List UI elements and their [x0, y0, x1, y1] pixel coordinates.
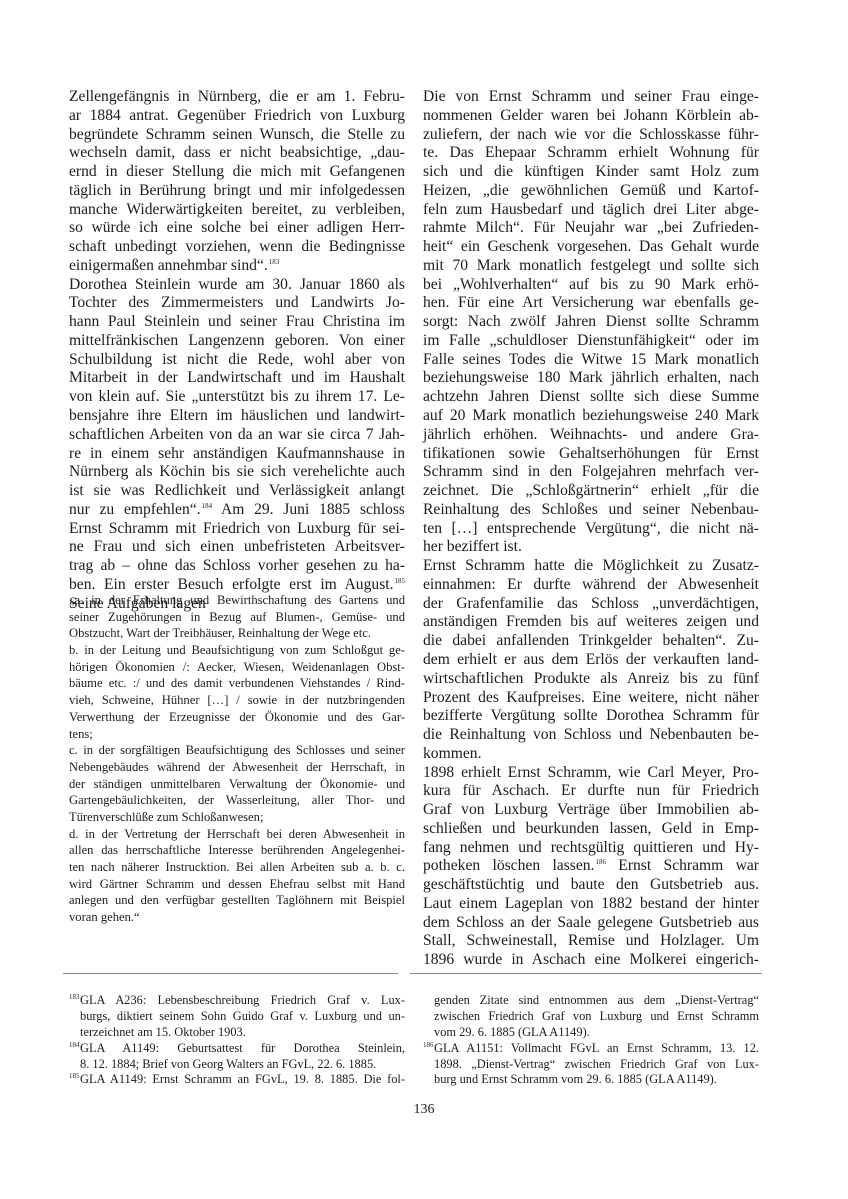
text-line: achtzehn Jahren Dienst sollte sich diese… — [423, 388, 759, 407]
paragraph-extra-income: Ernst Schramm hatte die Möglichkeit zu Z… — [423, 557, 759, 763]
text-fragment: ben. Ein erster Besuch erfolgte erst im … — [69, 576, 394, 593]
text-line: beziehungsweise 180 Mark jährlich erhalt… — [423, 369, 759, 388]
footnote-line: vom 29. 6. 1885 (GLA A1149). — [423, 1025, 759, 1041]
text-line: 1898 erhielt Ernst Schramm, wie Carl Mey… — [423, 764, 759, 783]
quote-line: seiner Zugehörungen in Bezug auf Blumen-… — [69, 609, 405, 626]
text-line: 1896 wurde in Aschach eine Molkerei eing… — [423, 951, 759, 970]
footnote-reference[interactable]: 186 — [595, 858, 606, 866]
text-line: ar 1884 antrat. Gegenüber Friedrich von … — [69, 107, 405, 126]
text-fragment: potheken löschen lassen. — [423, 857, 594, 874]
footnote-line: zwischen Friedrich Graf von Luxburg und … — [423, 1009, 759, 1025]
footnote-line: 186GLA A1151: Vollmacht FGvL an Ernst Sc… — [423, 1041, 759, 1057]
footnote-reference[interactable]: 185 — [395, 577, 406, 585]
footnote-divider-right — [410, 973, 762, 974]
quote-line: allen das herrschaftliche Interesse berü… — [69, 842, 405, 859]
text-line: bensjahre ihre Eltern im häuslichen und … — [69, 407, 405, 426]
text-line: Falle seines Todes die Witwe 15 Mark mon… — [423, 351, 759, 370]
footnote-line: 8. 12. 1884; Brief von Georg Walters an … — [69, 1057, 405, 1073]
quote-line: Nebengebäudes während der Abwesenheit de… — [69, 759, 405, 776]
text-line: Dorothea Steinlein wurde am 30. Januar 1… — [69, 276, 405, 295]
text-line: die dabei anfallenden Trinkgelder behalt… — [423, 632, 759, 651]
footnotes-left: 183GLA A236: Lebensbeschreibung Friedric… — [69, 993, 405, 1088]
text-line: Prozent des Kaufpreises. Eine weitere, n… — [423, 689, 759, 708]
text-line: Ernst Schramm hatte die Möglichkeit zu Z… — [423, 557, 759, 576]
text-line: Zellengefängnis in Nürnberg, die er am 1… — [69, 88, 405, 107]
right-column: Die von Ernst Schramm und seiner Frau ei… — [423, 88, 759, 970]
footnote-reference[interactable]: 184 — [202, 502, 213, 510]
text-line: her beziffert ist. — [423, 538, 759, 557]
quote-line: voran gehen.“ — [69, 909, 405, 926]
text-line: ten […] entsprechende Vergütung“, die ni… — [423, 520, 759, 539]
text-line: potheken löschen lassen.186 Ernst Schram… — [423, 857, 759, 876]
quote-line: Verwerthung der Erzeugnisse der Ökonomie… — [69, 709, 405, 726]
footnote-183: 183GLA A236: Lebensbeschreibung Friedric… — [69, 993, 405, 1041]
quote-line: der ständigen unmittelbaren Verwaltung d… — [69, 776, 405, 793]
footnote-line: genden Zitate sind entnommen aus dem „Di… — [423, 993, 759, 1009]
text-line: ist sie was Redlichkeit und Verlässigkei… — [69, 482, 405, 501]
text-line: rahmte Milch“. Für Neujahr war „bei Zufr… — [423, 219, 759, 238]
footnote-186: 186GLA A1151: Vollmacht FGvL an Ernst Sc… — [423, 1041, 759, 1089]
text-line: Schramm sind in den Folgejahren mehrfach… — [423, 463, 759, 482]
quote-line: hörigen Ökonomien /: Aecker, Wiesen, Wei… — [69, 659, 405, 676]
text-line: so würde ich eine solche bei einer adlig… — [69, 219, 405, 238]
footnote-reference[interactable]: 183 — [269, 258, 280, 266]
text-line: die Reinhaltung von Schloss und Nebenbau… — [423, 726, 759, 745]
text-line: ernd in dieser Stellung die mich mit Gef… — [69, 163, 405, 182]
paragraph-dorothea-steinlein: Dorothea Steinlein wurde am 30. Januar 1… — [69, 276, 405, 614]
text-line: feln zum Hausbedarf und täglich drei Lit… — [423, 201, 759, 220]
text-fragment: GLA A236: Lebensbeschreibung Friedrich G… — [80, 993, 405, 1007]
text-line: Stall, Schweinestall, Remise und Holzlag… — [423, 932, 759, 951]
text-line: zuliefern, der nach wie vor die Schlossk… — [423, 126, 759, 145]
quote-line: Gartengebäulichkeiten, der Wasserleitung… — [69, 792, 405, 809]
text-line: Tochter des Zimmermeisters und Landwirts… — [69, 294, 405, 313]
text-line: täglich in Berührung bringt und mir info… — [69, 182, 405, 201]
text-line: schaftlichen Arbeiten von da an war sie … — [69, 426, 405, 445]
text-line: Heizen, „die gewöhnlichen Gemüß und Kart… — [423, 182, 759, 201]
page-number: 136 — [0, 1102, 848, 1118]
text-line: mittelfränkischen Langenzenn geboren. Vo… — [69, 332, 405, 351]
footnote-line: terzeichnet am 15. Oktober 1903. — [69, 1025, 405, 1041]
text-line: Laut einem Lageplan von 1882 bestand der… — [423, 895, 759, 914]
text-line: schaft unbedingt vorziehen, wenn die Bed… — [69, 238, 405, 257]
paragraph-salary: Die von Ernst Schramm und seiner Frau ei… — [423, 88, 759, 557]
text-line: hann Paul Steinlein und seiner Frau Chri… — [69, 313, 405, 332]
footnote-line: 183GLA A236: Lebensbeschreibung Friedric… — [69, 993, 405, 1009]
footnote-line: 184GLA A1149: Geburtsattest für Dorothea… — [69, 1041, 405, 1057]
text-line: begründete Schramm seinen Wunsch, die St… — [69, 126, 405, 145]
left-column: Zellengefängnis in Nürnberg, die er am 1… — [69, 88, 405, 613]
footnote-line: 1898. „Dienst-Vertrag“ zwischen Friedric… — [423, 1057, 759, 1073]
text-line: von klein auf. Sie „unterstützt bis zu i… — [69, 388, 405, 407]
text-line: jährlich erhöhen. Weihnachts- und andere… — [423, 426, 759, 445]
footnote-185: 185GLA A1149: Ernst Schramm an FGvL, 19.… — [69, 1072, 405, 1088]
text-line: Ernst Schramm mit Friedrich von Luxburg … — [69, 520, 405, 539]
quote-line: bäume etc. :/ und des damit verbundenen … — [69, 675, 405, 692]
text-line: trag ab – ohne das Schloss vorher gesehe… — [69, 557, 405, 576]
text-line: heit“ ein Geschenk vorgesehen. Das Gehal… — [423, 238, 759, 257]
text-line: einigermaßen annehmbar sind“.183 — [69, 257, 405, 276]
text-line: Mitarbeit in der Landwirtschaft und im H… — [69, 369, 405, 388]
paragraph-schramm-wish: Zellengefängnis in Nürnberg, die er am 1… — [69, 88, 405, 276]
quote-line: „a. in der Erhaltung und Bewirthschaftun… — [69, 592, 405, 609]
text-line: der Grafenfamilie das Schloss „unverdäch… — [423, 595, 759, 614]
text-line: nur zu empfehlen“.184 Am 29. Juni 1885 s… — [69, 501, 405, 520]
text-fragment: Ernst Schramm war — [606, 857, 759, 874]
text-fragment: nur zu empfehlen“. — [69, 501, 201, 518]
text-line: bei „Wohlverhalten“ auf bis zu 90 Mark e… — [423, 276, 759, 295]
text-line: wirtschaftlichen Produkte als Anreiz bis… — [423, 670, 759, 689]
quote-line: anlegen und den verfügbar gestellten Tag… — [69, 892, 405, 909]
footnote-185-continued: genden Zitate sind entnommen aus dem „Di… — [423, 993, 759, 1041]
quote-line: Türenverschlüße zum Schloßanwesen; — [69, 809, 405, 826]
text-line: Die von Ernst Schramm und seiner Frau ei… — [423, 88, 759, 107]
text-line: schließen und beurkunden lassen, Geld in… — [423, 820, 759, 839]
text-line: im Falle „schuldloser Dienstunfähigkeit“… — [423, 332, 759, 351]
text-line: Reinhaltung des Schloßes und seiner Nebe… — [423, 501, 759, 520]
text-line: anständigen Fremden bis auf weiteres zei… — [423, 613, 759, 632]
text-line: re in einem sehr anständigen Kaufmannsha… — [69, 445, 405, 464]
text-line: einnahmen: Er durfte während der Abwesen… — [423, 576, 759, 595]
paragraph-prokura: 1898 erhielt Ernst Schramm, wie Carl Mey… — [423, 764, 759, 970]
text-line: dem Schloss an der Saale gelegene Gutsbe… — [423, 914, 759, 933]
text-line: wechseln damit, dass er nicht beabsichti… — [69, 144, 405, 163]
text-line: Nürnberg als Köchin bis sie sich verehel… — [69, 463, 405, 482]
text-line: sich und die künftigen Kinder samt Holz … — [423, 163, 759, 182]
text-line: kommen. — [423, 745, 759, 764]
quote-line: vieh, Schweine, Hühner […] / sowie in de… — [69, 692, 405, 709]
text-line: dem erhielt er aus dem Erlös der verkauf… — [423, 651, 759, 670]
text-line: sorgt: Nach zwölf Jahren Dienst sollte S… — [423, 313, 759, 332]
quote-line: ten nach näherer Instrucktion. Bei allen… — [69, 859, 405, 876]
text-line: zeichnet. Die „Schloßgärtnerin“ erhielt … — [423, 482, 759, 501]
text-line: geschäftstüchtig und baute den Gutsbetri… — [423, 876, 759, 895]
footnotes-right: genden Zitate sind entnommen aus dem „Di… — [423, 993, 759, 1088]
footnote-184: 184GLA A1149: Geburtsattest für Dorothea… — [69, 1041, 405, 1073]
text-fragment: GLA A1149: Ernst Schramm an FGvL, 19. 8.… — [80, 1072, 405, 1086]
footnote-line: burg und Ernst Schramm vom 29. 6. 1885 (… — [423, 1072, 759, 1088]
text-line: ne Frau und sich einen unbefristeten Arb… — [69, 538, 405, 557]
text-line: te. Das Ehepaar Schramm erhielt Wohnung … — [423, 144, 759, 163]
text-fragment: GLA A1149: Geburtsattest für Dorothea St… — [80, 1041, 405, 1055]
text-line: tifikationen sowie Gehaltserhöhungen für… — [423, 445, 759, 464]
footnote-line: burgs, diktiert seinem Sohn Guido Graf v… — [69, 1009, 405, 1025]
quote-line: d. in der Vertretung der Herrschaft bei … — [69, 826, 405, 843]
text-line: Graf von Luxburg Verträge über Immobilie… — [423, 801, 759, 820]
quote-line: Obstzucht, Wart der Treibhäuser, Reinhal… — [69, 625, 405, 642]
block-quote-duties: „a. in der Erhaltung und Bewirthschaftun… — [69, 592, 405, 926]
text-line: auf 20 Mark monatlich beziehungsweise 24… — [423, 407, 759, 426]
text-line: kura für Aschach. Er durfte nun für Frie… — [423, 782, 759, 801]
text-line: fang nehmen und rechtsgültig quittieren … — [423, 839, 759, 858]
quote-line: tens; — [69, 726, 405, 743]
quote-line: c. in der sorgfältigen Beaufsichtigung d… — [69, 742, 405, 759]
text-line: mit 70 Mark monatlich festgelegt und sol… — [423, 257, 759, 276]
quote-line: wird Gärtner Schramm und dessen Ehefrau … — [69, 876, 405, 893]
text-fragment: einigermaßen annehmbar sind“. — [69, 257, 268, 274]
text-line: bezifferte Vergütung sollte Dorothea Sch… — [423, 707, 759, 726]
text-line: Schulbildung ist nicht die Rede, wohl ab… — [69, 351, 405, 370]
footnote-line: 185GLA A1149: Ernst Schramm an FGvL, 19.… — [69, 1072, 405, 1088]
text-line: hen. Für eine Art Versicherung war ebenf… — [423, 294, 759, 313]
text-fragment: Am 29. Juni 1885 schloss — [212, 501, 405, 518]
text-line: manche Widerwärtigkeiten bereitet, zu ve… — [69, 201, 405, 220]
text-fragment: GLA A1151: Vollmacht FGvL an Ernst Schra… — [434, 1041, 759, 1055]
quote-line: b. in der Leitung und Beaufsichtigung vo… — [69, 642, 405, 659]
text-line: nommenen Gelder waren bei Johann Körblei… — [423, 107, 759, 126]
footnote-divider-left — [63, 973, 398, 974]
